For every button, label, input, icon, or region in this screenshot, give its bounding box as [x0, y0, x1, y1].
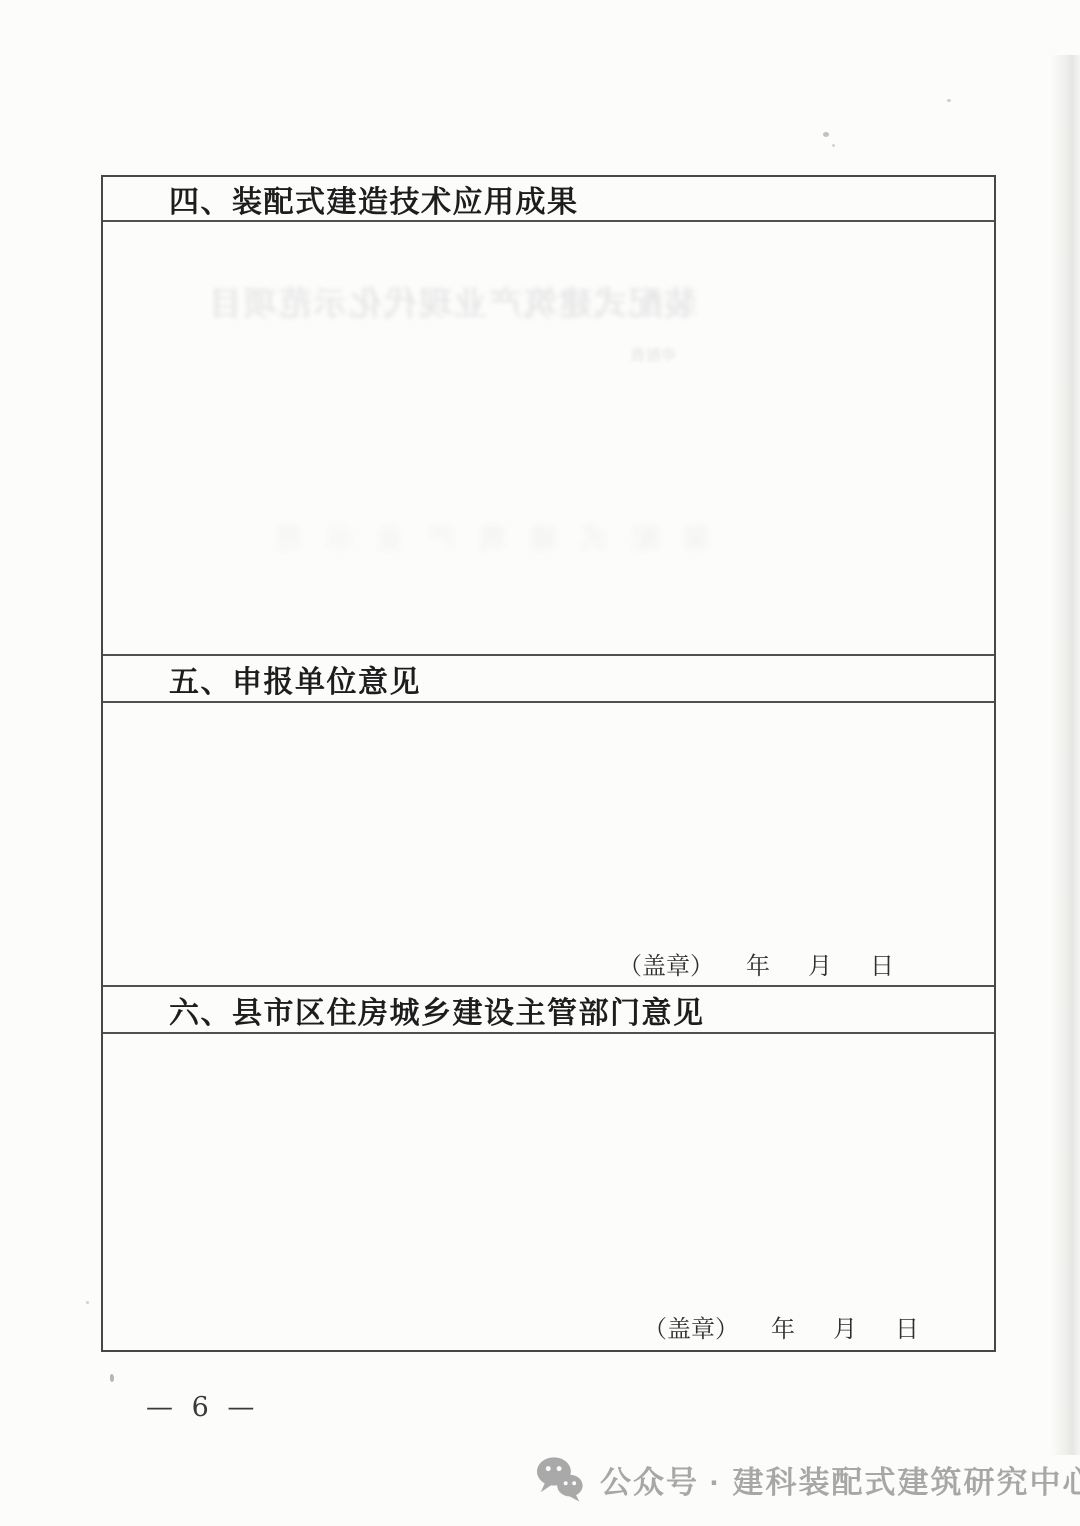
footer-watermark: 公众号 · 建科装配式建筑研究中心: [536, 1456, 1080, 1502]
scan-speck: [947, 99, 951, 102]
application-form-table: 四、装配式建造技术应用成果 装配式建筑产业现代化示范项目 申报表 装配式建筑产业…: [101, 175, 996, 1352]
bleed-through-text: 申报表: [631, 344, 676, 365]
scan-speck: [86, 1301, 89, 1304]
month-label: 月: [833, 1309, 857, 1344]
day-label: 日: [895, 1309, 919, 1344]
section-5-stamp-line: （盖章） 年 月 日: [103, 946, 994, 981]
scan-edge-shadow: [1050, 55, 1080, 1455]
scan-speck: [832, 144, 835, 147]
section-4-header: 四、装配式建造技术应用成果: [103, 177, 994, 222]
seal-label: （盖章）: [618, 946, 714, 981]
section-4-title: 四、装配式建造技术应用成果: [169, 177, 579, 221]
bleed-through-text: 装配式建筑产业现代化示范项目: [207, 278, 697, 325]
scanned-form-page: 四、装配式建造技术应用成果 装配式建筑产业现代化示范项目 申报表 装配式建筑产业…: [0, 0, 1080, 1526]
section-6-title: 六、县市区住房城乡建设主管部门意见: [169, 988, 705, 1032]
section-6-header: 六、县市区住房城乡建设主管部门意见: [103, 987, 994, 1034]
section-5-content-cell: （盖章） 年 月 日: [103, 703, 994, 987]
section-5-title: 五、申报单位意见: [169, 657, 421, 701]
seal-label: （盖章）: [643, 1309, 739, 1344]
section-6-content-cell: （盖章） 年 月 日: [103, 1034, 994, 1350]
year-label: 年: [746, 946, 770, 981]
section-4-content-cell: 装配式建筑产业现代化示范项目 申报表 装配式建筑产业示范: [103, 222, 994, 656]
wechat-icon: [536, 1456, 585, 1502]
footer-label: 公众号 · 建科装配式建筑研究中心: [600, 1457, 1080, 1502]
bleed-through-text: 装配式建筑产业示范: [251, 517, 710, 556]
section-6-stamp-line: （盖章） 年 月 日: [103, 1309, 994, 1344]
page-number: — 6 —: [146, 1392, 259, 1423]
scan-speck: [110, 1374, 114, 1382]
month-label: 月: [808, 946, 832, 981]
day-label: 日: [870, 946, 894, 981]
section-5-header: 五、申报单位意见: [103, 656, 994, 703]
scan-speck: [823, 132, 829, 137]
year-label: 年: [771, 1309, 795, 1344]
